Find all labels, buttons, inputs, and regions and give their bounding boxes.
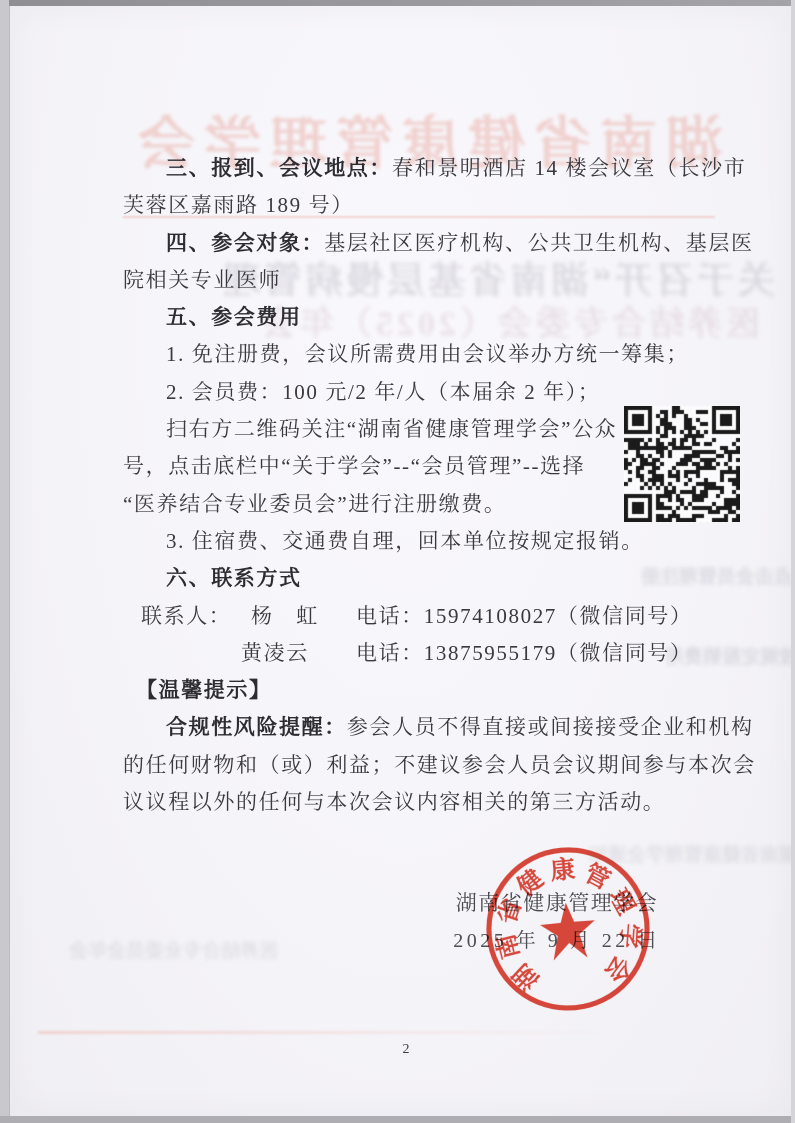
doc-line: 院相关专业医师	[123, 262, 728, 299]
contact-row: 黄凌云 电话：13875955179（微信同号）	[123, 635, 728, 672]
scan-edge-bottom	[0, 1116, 795, 1123]
contact-row: 联系人： 杨 虹 电话：15974108027（微信同号）	[123, 598, 728, 635]
doc-line: 【温馨提示】	[123, 672, 728, 709]
qr-code-image	[624, 406, 740, 522]
scan-edge-right	[791, 0, 795, 1123]
notice-heading: 合规性风险提醒：	[166, 715, 347, 739]
bleed-through-line	[38, 1031, 618, 1034]
svg-text:学: 学	[615, 923, 645, 950]
scan-edge-top	[0, 0, 795, 6]
doc-line: 的任何财物和（或）利益；不建议参会人员会议期间参与本次会	[123, 747, 728, 784]
official-seal: 湖南省健康管理学会	[476, 837, 660, 1021]
doc-line: 四、参会对象：基层社区医疗机构、公共卫生机构、基层医	[123, 225, 728, 262]
doc-line: 3. 住宿费、交通费自理，回本单位按规定报销。	[123, 523, 728, 560]
contact-name: 黄凌云	[241, 635, 309, 672]
doc-line: 六、联系方式	[123, 560, 728, 597]
doc-line: 三、报到、会议地点：春和景明酒店 14 楼会议室（长沙市	[123, 150, 728, 187]
contact-label: 联系人：	[141, 598, 231, 635]
section-heading: 【温馨提示】	[136, 678, 272, 702]
contact-phone: 电话：13875955179（微信同号）	[356, 635, 693, 672]
scan-edge-left	[0, 0, 9, 1123]
section-heading: 四、参会对象：	[166, 231, 324, 255]
doc-line: 合规性风险提醒：参会人员不得直接或间接接受企业和机构	[123, 709, 728, 746]
bleed-through-ghost: 医养结合专业委员会年会	[58, 936, 278, 963]
svg-text:康: 康	[549, 854, 576, 885]
scanned-notice-page: { "colors": { "seal_red": "#dc392a", "bo…	[0, 0, 795, 1123]
qr-code	[624, 406, 740, 522]
document-page: 湖南省健康管理学会 关于召开“湖南省基层慢病管理 医养结合专委会（2025）年会…	[9, 6, 791, 1116]
contact-phone: 电话：15974108027（微信同号）	[356, 598, 693, 635]
svg-text:会: 会	[599, 950, 637, 987]
section-heading: 三、报到、会议地点：	[166, 156, 392, 180]
page-number: 2	[356, 1042, 456, 1058]
section-heading: 六、联系方式	[166, 566, 302, 590]
section-heading: 五、参会费用	[166, 305, 302, 329]
svg-text:湖: 湖	[507, 958, 544, 996]
svg-text:省: 省	[493, 895, 528, 928]
doc-line: 1. 免注册费，会议所需费用由会议举办方统一筹集；	[123, 336, 728, 373]
doc-line: 五、参会费用	[123, 299, 728, 336]
seal-star-icon	[538, 900, 598, 961]
doc-line: 议议程以外的任何与本次会议内容相关的第三方活动。	[123, 784, 728, 821]
doc-line: 芙蓉区嘉雨路 189 号）	[123, 187, 728, 224]
contact-name: 杨 虹	[251, 598, 319, 635]
